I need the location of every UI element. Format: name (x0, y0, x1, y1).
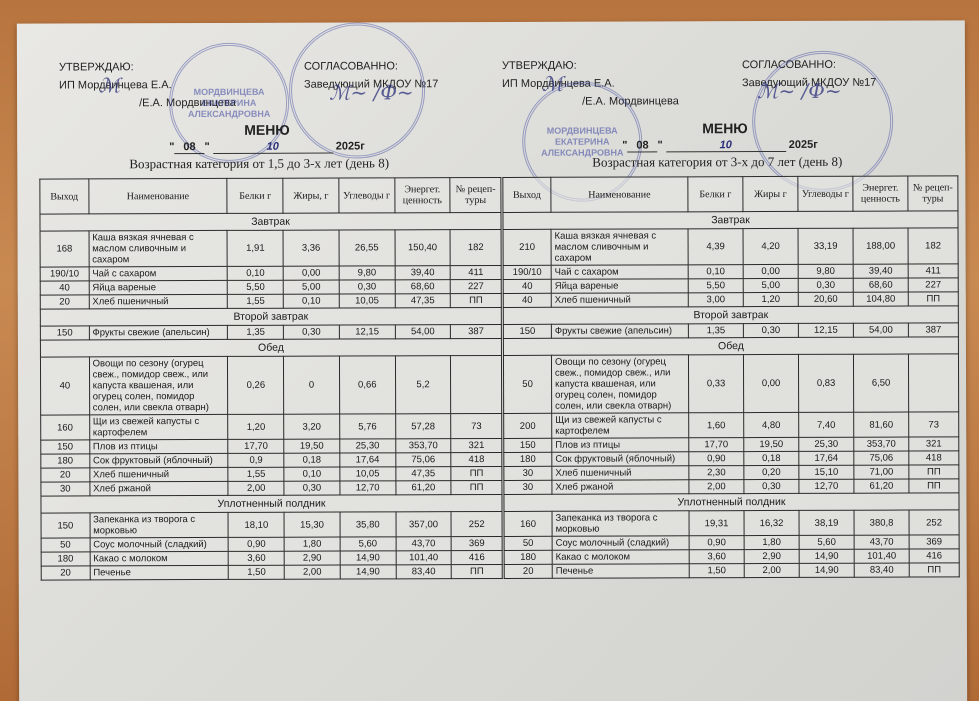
age-category: Возрастная категория от 3-х до 7 лет (де… (592, 154, 842, 171)
portion-cell: 200 (504, 413, 552, 438)
fat-cell: 0,00 (743, 264, 798, 278)
menu-sheet: УТВЕРЖДАЮ: ИП Мордвинцева Е.А. /Е.А. Мор… (17, 20, 967, 701)
approve-label: УТВЕРЖДАЮ: (502, 56, 679, 75)
fat-cell: 0,30 (743, 323, 798, 337)
portion-cell: 168 (40, 231, 89, 267)
portion-cell: 150 (40, 326, 89, 340)
energy-cell: 380,8 (854, 510, 909, 535)
dish-name: Фрукты свежие (апельсин) (89, 325, 228, 339)
fat-cell: 1,80 (744, 535, 799, 549)
energy-cell: 101,40 (396, 551, 452, 565)
meal-section: Уплотненный полдник (41, 494, 502, 513)
energy-cell: 57,28 (395, 414, 451, 439)
recipe-cell: ПП (451, 293, 502, 307)
menu-table: ВыходНаименованиеБелки гЖиры, гУглеводы … (39, 177, 502, 581)
energy-cell: 83,40 (396, 565, 452, 579)
fat-cell: 0,18 (284, 453, 340, 467)
portion-cell: 20 (41, 468, 90, 482)
table-row: 20Печенье1,502,0014,9083,40ПП (504, 563, 959, 579)
portion-cell: 180 (41, 454, 90, 468)
energy-cell: 353,70 (854, 437, 909, 451)
carbs-cell: 12,70 (340, 481, 396, 495)
protein-cell: 2,00 (689, 480, 744, 494)
portion-cell: 190/10 (40, 267, 89, 281)
portion-cell: 190/10 (503, 265, 551, 279)
fat-cell: 0,00 (743, 354, 798, 412)
column-header: Наименование (88, 178, 227, 213)
portion-cell: 30 (504, 466, 552, 480)
dish-name: Соус молочный (сладкий) (90, 537, 229, 551)
carbs-cell: 12,70 (799, 479, 854, 493)
fat-cell: 5,00 (283, 280, 339, 294)
recipe-cell: ПП (451, 466, 502, 480)
energy-cell: 43,70 (396, 537, 452, 551)
age-category: Возрастная категория от 1,5 до 3-х лет (… (129, 155, 389, 172)
menu-toddlers: УТВЕРЖДАЮ: ИП Мордвинцева Е.А. /Е.А. Мор… (39, 22, 508, 174)
column-header: № рецеп-туры (908, 176, 958, 211)
carbs-cell: 9,80 (339, 266, 395, 280)
protein-cell: 2,30 (689, 466, 744, 480)
meal-title: Уплотненный полдник (41, 494, 502, 513)
menu-table: ВыходНаименованиеБелки гЖиры гУглеводы г… (502, 175, 959, 579)
dish-name: Хлеб ржаной (90, 481, 229, 495)
fat-cell: 1,80 (284, 537, 340, 551)
meal-section: Обед (503, 337, 958, 356)
protein-cell: 1,50 (229, 565, 285, 579)
carbs-cell: 0,66 (339, 356, 395, 414)
fat-cell: 0,20 (744, 465, 799, 479)
energy-cell: 83,40 (854, 563, 909, 577)
dish-name: Запеканка из творога с морковью (90, 512, 229, 537)
portion-cell: 50 (504, 536, 552, 550)
recipe-cell: 411 (908, 264, 958, 278)
dish-name: Фрукты свежие (апельсин) (551, 324, 688, 338)
meal-title: Уплотненный полдник (504, 493, 959, 512)
dish-name: Печенье (90, 565, 229, 579)
column-header: Белки г (227, 178, 283, 213)
table-row: 50Овощи по сезону (огурец свеж., помидор… (503, 354, 958, 414)
fat-cell: 5,00 (743, 278, 798, 292)
carbs-cell: 10,05 (339, 294, 395, 308)
table-row: 20Печенье1,502,0014,9083,40ПП (41, 564, 502, 580)
fat-cell: 2,00 (744, 563, 799, 577)
protein-cell: 1,55 (228, 294, 284, 308)
menu-preschool: УТВЕРЖДАЮ: ИП Мордвинцева Е.А. /Е.А. Мор… (502, 20, 963, 172)
fat-cell: 16,32 (744, 510, 799, 535)
energy-cell: 104,80 (853, 292, 908, 306)
carbs-cell: 5,60 (340, 537, 396, 551)
protein-cell: 3,60 (689, 550, 744, 564)
dish-name: Соус молочный (сладкий) (552, 536, 689, 550)
energy-cell: 68,60 (395, 280, 451, 294)
fat-cell: 3,20 (284, 414, 340, 439)
protein-cell: 5,50 (228, 280, 284, 294)
dish-name: Чай с сахаром (551, 265, 688, 279)
carbs-cell: 20,60 (798, 292, 853, 306)
carbs-cell: 25,30 (340, 439, 396, 453)
recipe-cell: ПП (451, 564, 502, 578)
energy-cell: 61,20 (395, 481, 451, 495)
protein-cell: 0,90 (229, 537, 285, 551)
recipe-cell: 182 (450, 229, 501, 265)
recipe-cell: ПП (909, 465, 959, 479)
recipe-cell: 416 (451, 550, 502, 564)
energy-cell: 6,50 (853, 354, 908, 412)
portion-cell: 20 (41, 566, 90, 580)
carbs-cell: 17,64 (340, 453, 396, 467)
protein-cell: 17,70 (689, 438, 744, 452)
carbs-cell: 0,30 (798, 278, 853, 292)
portion-cell: 160 (41, 415, 90, 440)
carbs-cell: 14,90 (340, 551, 396, 565)
energy-cell: 5,2 (395, 356, 451, 414)
recipe-cell: ПП (908, 292, 958, 306)
recipe-cell (908, 354, 958, 412)
protein-cell: 1,55 (228, 467, 284, 481)
recipe-cell (451, 355, 502, 413)
carbs-cell: 33,19 (798, 228, 853, 264)
energy-cell: 101,40 (854, 549, 909, 563)
carbs-cell: 14,90 (799, 549, 854, 563)
table-row: 150Запеканка из творога с морковью18,101… (41, 511, 502, 538)
protein-cell: 0,90 (689, 536, 744, 550)
portion-cell: 40 (503, 279, 551, 293)
recipe-cell: ПП (451, 480, 502, 494)
fat-cell: 0,00 (283, 266, 339, 280)
fat-cell: 0 (284, 356, 340, 414)
portion-cell: 40 (40, 357, 89, 415)
energy-cell: 357,00 (396, 512, 452, 537)
dish-name: Хлеб пшеничный (89, 294, 228, 308)
meal-title: Завтрак (40, 212, 501, 231)
portion-cell: 180 (504, 452, 552, 466)
carbs-cell: 9,80 (798, 264, 853, 278)
energy-cell: 353,70 (395, 439, 451, 453)
column-header: Выход (40, 179, 89, 214)
energy-cell: 54,00 (853, 323, 908, 337)
fat-cell: 19,50 (744, 437, 799, 451)
dish-name: Хлеб пшеничный (552, 466, 689, 480)
dish-name: Какао с молоком (90, 551, 229, 565)
energy-cell: 75,06 (395, 453, 451, 467)
table-row: 210Каша вязкая ячневая с маслом сливочны… (503, 228, 958, 266)
recipe-cell: ПП (909, 479, 959, 493)
protein-cell: 1,35 (688, 324, 743, 338)
fat-cell: 15,30 (284, 512, 340, 537)
dish-name: Овощи по сезону (огурец свеж., помидор с… (89, 356, 228, 414)
protein-cell: 0,10 (228, 266, 284, 280)
energy-cell: 39,40 (395, 266, 451, 280)
energy-cell: 150,40 (395, 230, 451, 266)
portion-cell: 150 (503, 324, 551, 338)
fat-cell: 2,00 (284, 565, 340, 579)
protein-cell: 4,39 (688, 229, 743, 265)
protein-cell: 1,35 (228, 325, 284, 339)
protein-cell: 5,50 (688, 279, 743, 293)
protein-cell: 1,91 (227, 230, 283, 266)
protein-cell: 18,10 (228, 512, 284, 537)
energy-cell: 61,20 (854, 479, 909, 493)
carbs-cell: 7,40 (799, 412, 854, 437)
fat-cell: 0,10 (283, 294, 339, 308)
meal-title: Второй завтрак (503, 306, 958, 325)
dish-name: Сок фруктовый (яблочный) (552, 452, 689, 466)
dish-name: Плов из птицы (89, 439, 228, 453)
carbs-cell: 38,19 (799, 510, 854, 535)
portion-cell: 20 (504, 564, 552, 578)
dish-name: Запеканка из творога с морковью (552, 511, 689, 536)
portion-cell: 150 (504, 438, 552, 452)
table-row: 40Овощи по сезону (огурец свеж., помидор… (40, 355, 501, 415)
meal-section: Второй завтрак (40, 307, 501, 326)
recipe-cell: 369 (451, 536, 502, 550)
column-header: Жиры, г (283, 178, 339, 213)
menu-title: МЕНЮ (244, 122, 290, 138)
header-block: УТВЕРЖДАЮ: ИП Мордвинцева Е.А. /Е.А. Мор… (39, 22, 508, 174)
protein-cell: 17,70 (228, 439, 284, 453)
carbs-cell: 5,76 (340, 414, 396, 439)
column-header: Наименование (551, 177, 688, 212)
header-row: ВыходНаименованиеБелки гЖиры гУглеводы г… (503, 176, 958, 213)
table-row: 160Запеканка из творога с морковью19,311… (504, 510, 959, 537)
recipe-cell: 321 (909, 437, 959, 451)
carbs-cell: 35,80 (340, 512, 396, 537)
carbs-cell: 14,90 (799, 563, 854, 577)
dish-name: Сок фруктовый (яблочный) (89, 453, 228, 467)
column-header: Белки г (688, 177, 743, 212)
recipe-cell: 182 (908, 228, 958, 264)
meal-section: Завтрак (40, 212, 501, 231)
header-row: ВыходНаименованиеБелки гЖиры, гУглеводы … (40, 177, 501, 214)
carbs-cell: 17,64 (799, 451, 854, 465)
protein-cell: 3,00 (688, 293, 743, 307)
portion-cell: 20 (40, 295, 89, 309)
dish-name: Печенье (552, 564, 689, 578)
recipe-cell: 252 (451, 511, 502, 536)
meal-title: Второй завтрак (40, 307, 501, 326)
fat-cell: 0,10 (284, 467, 340, 481)
dish-name: Овощи по сезону (огурец свеж., помидор с… (551, 355, 688, 413)
stamp-icon (289, 22, 425, 158)
recipe-cell: 387 (451, 324, 502, 338)
protein-cell: 0,26 (228, 356, 284, 414)
meal-section: Завтрак (503, 211, 958, 230)
fat-cell: 0,30 (744, 479, 799, 493)
energy-cell: 47,35 (395, 294, 451, 308)
recipe-cell: 227 (908, 278, 958, 292)
energy-cell: 68,60 (853, 278, 908, 292)
fat-cell: 4,20 (743, 228, 798, 264)
portion-cell: 40 (503, 293, 551, 307)
signature-icon: ℳ (99, 73, 120, 97)
portion-cell: 150 (41, 513, 90, 538)
fat-cell: 19,50 (284, 439, 340, 453)
dish-name: Щи из свежей капусты с картофелем (89, 414, 228, 439)
dish-name: Щи из свежей капусты с картофелем (552, 413, 689, 438)
carbs-cell: 10,05 (340, 467, 396, 481)
carbs-cell: 15,10 (799, 465, 854, 479)
fat-cell: 2,90 (744, 549, 799, 563)
energy-cell: 54,00 (395, 325, 451, 339)
recipe-cell: 369 (909, 535, 959, 549)
dish-name: Хлеб пшеничный (551, 293, 688, 307)
recipe-cell: 227 (451, 279, 502, 293)
portion-cell: 30 (41, 482, 90, 496)
protein-cell: 19,31 (689, 511, 744, 536)
carbs-cell: 14,90 (340, 565, 396, 579)
recipe-cell: 73 (451, 413, 502, 438)
energy-cell: 43,70 (854, 535, 909, 549)
dish-name: Чай с сахаром (89, 266, 228, 280)
fat-cell: 1,20 (743, 292, 798, 306)
recipe-cell: 73 (909, 412, 959, 437)
protein-cell: 2,00 (228, 481, 284, 495)
stamp-icon (752, 51, 893, 192)
recipe-cell: 387 (908, 323, 958, 337)
fat-cell: 4,80 (744, 412, 799, 437)
protein-cell: 1,20 (228, 414, 284, 439)
portion-cell: 210 (503, 229, 551, 265)
portion-cell: 150 (41, 440, 90, 454)
portion-cell: 50 (503, 355, 551, 413)
column-header: Энергет. ценность (394, 178, 450, 213)
carbs-cell: 12,15 (798, 323, 853, 337)
fat-cell: 2,90 (284, 551, 340, 565)
column-header: Энергет. ценность (853, 176, 908, 211)
meal-title: Обед (40, 338, 501, 357)
energy-cell: 71,00 (854, 465, 909, 479)
dish-name: Хлеб ржаной (552, 480, 689, 494)
table-row: 200Щи из свежей капусты с картофелем1,60… (504, 412, 959, 439)
meal-title: Завтрак (503, 211, 958, 230)
portion-cell: 50 (41, 538, 90, 552)
meal-section: Обед (40, 338, 501, 357)
fat-cell: 3,36 (283, 230, 339, 266)
fat-cell: 0,18 (744, 451, 799, 465)
fat-cell: 0,30 (284, 325, 340, 339)
recipe-cell: 418 (909, 451, 959, 465)
recipe-cell: 321 (451, 438, 502, 452)
carbs-cell: 0,83 (798, 354, 853, 412)
carbs-cell: 0,30 (339, 280, 395, 294)
dish-name: Яйца вареные (89, 280, 228, 294)
column-header: Жиры г (743, 176, 798, 211)
protein-cell: 1,50 (689, 564, 744, 578)
column-header: № рецеп-туры (450, 177, 501, 212)
energy-cell: 81,60 (854, 412, 909, 437)
portion-cell: 160 (504, 511, 552, 536)
protein-cell: 3,60 (229, 551, 285, 565)
recipe-cell: ПП (909, 563, 959, 577)
header-block: УТВЕРЖДАЮ: ИП Мордвинцева Е.А. /Е.А. Мор… (502, 20, 963, 172)
energy-cell: 39,40 (853, 264, 908, 278)
protein-cell: 1,60 (689, 413, 744, 438)
portion-cell: 180 (504, 550, 552, 564)
table-row: 160Щи из свежей капусты с картофелем1,20… (41, 413, 502, 440)
energy-cell: 47,35 (395, 467, 451, 481)
portion-cell: 30 (504, 480, 552, 494)
menu-date: "08" 10 2025г (169, 140, 389, 154)
portion-cell: 40 (40, 281, 89, 295)
dish-name: Плов из птицы (552, 438, 689, 452)
portion-cell: 180 (41, 552, 90, 566)
protein-cell: 0,90 (689, 452, 744, 466)
carbs-cell: 5,60 (799, 535, 854, 549)
dish-name: Какао с молоком (552, 550, 689, 564)
column-header: Углеводы г (339, 178, 395, 213)
dish-name: Каша вязкая ячневая с маслом сливочным и… (89, 230, 228, 266)
energy-cell: 75,06 (854, 451, 909, 465)
recipe-cell: 411 (450, 265, 501, 279)
protein-cell: 0,33 (688, 355, 743, 413)
column-header: Выход (503, 177, 551, 212)
protein-cell: 0,10 (688, 265, 743, 279)
column-header: Углеводы г (798, 176, 853, 211)
table-row: 168Каша вязкая ячневая с маслом сливочны… (40, 229, 501, 267)
meal-section: Уплотненный полдник (504, 493, 959, 512)
recipe-cell: 416 (909, 549, 959, 563)
carbs-cell: 25,30 (799, 437, 854, 451)
dish-name: Каша вязкая ячневая с маслом сливочным и… (551, 229, 688, 265)
dish-name: Хлеб пшеничный (89, 467, 228, 481)
recipe-cell: 418 (451, 452, 502, 466)
menu-title: МЕНЮ (702, 120, 748, 136)
meal-title: Обед (503, 337, 958, 356)
recipe-cell: 252 (909, 510, 959, 535)
menu-date: "08" 10 2025г (622, 139, 842, 153)
protein-cell: 0,9 (228, 453, 284, 467)
fat-cell: 0,30 (284, 481, 340, 495)
carbs-cell: 26,55 (339, 230, 395, 266)
dish-name: Яйца вареные (551, 279, 688, 293)
meal-section: Второй завтрак (503, 306, 958, 325)
energy-cell: 188,00 (853, 228, 908, 264)
carbs-cell: 12,15 (339, 325, 395, 339)
